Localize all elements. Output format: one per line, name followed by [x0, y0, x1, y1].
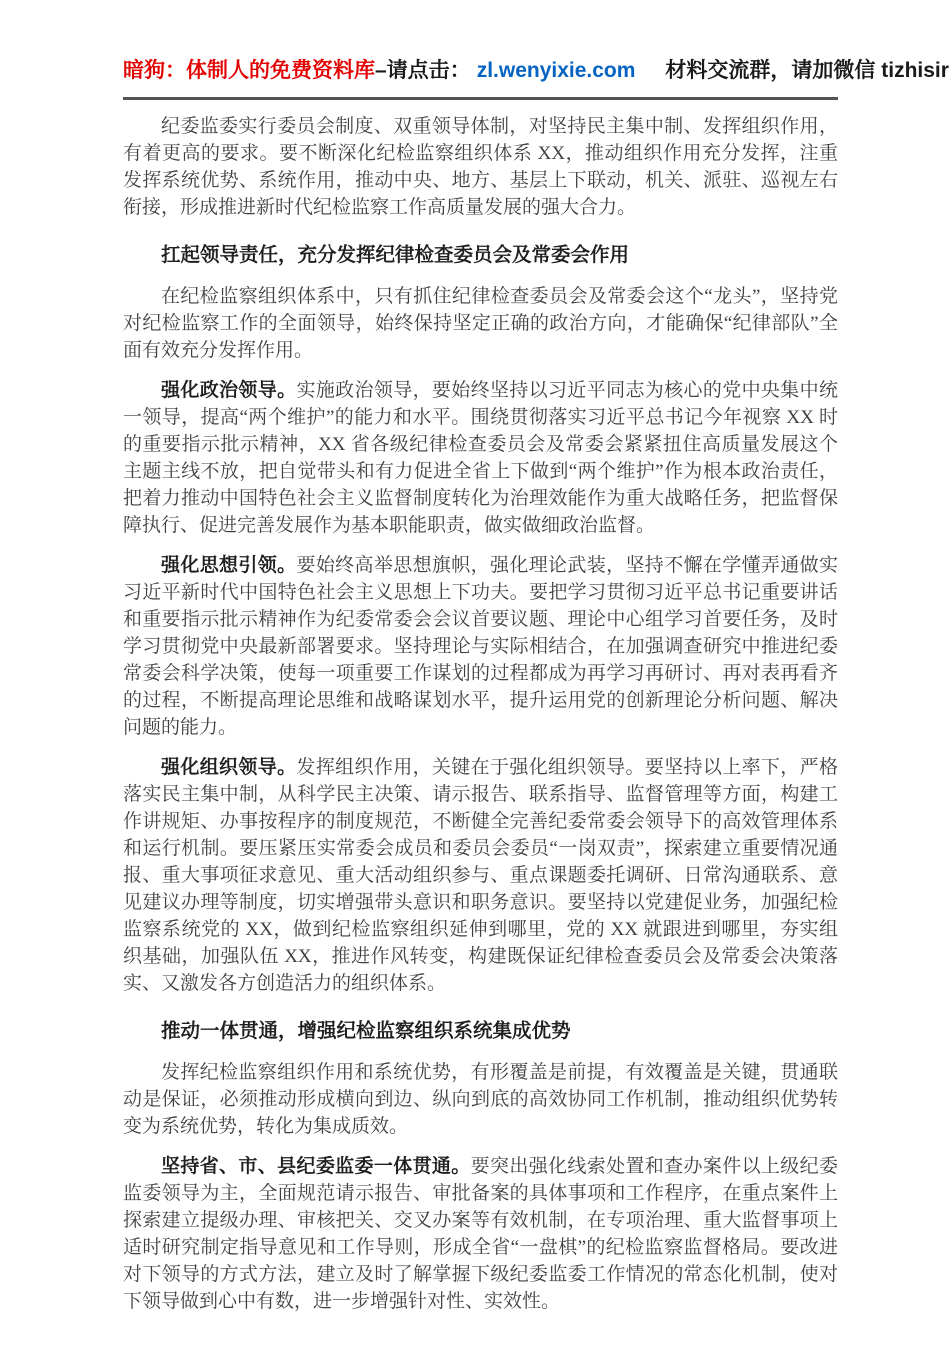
paragraph-lead: 强化思想引领。: [161, 555, 296, 576]
paragraph-text: 发挥组织作用，关键在于强化组织领导。要坚持以上率下，严格落实民主集中制，从科学民…: [123, 757, 838, 994]
section-heading-integration: 推动一体贯通，增强纪检监察组织系统集成优势: [123, 1018, 838, 1045]
document-page: 暗狗：体制人的免费资料库–请点击：zl.wenyixie.com材料交流群，请加…: [0, 0, 950, 1368]
brand-text: 暗狗：体制人的免费资料库: [123, 59, 375, 82]
paragraph-text: 要突出强化线索处置和查办案件以上级纪委监委领导为主，全面规范请示报告、审批备案的…: [123, 1156, 838, 1312]
paragraph-lead: 强化政治领导。: [161, 380, 296, 401]
paragraph-text: 实施政治领导，要始终坚持以习近平同志为核心的党中央集中统一领导，提高“两个维护”…: [123, 380, 838, 536]
paragraph-lead: 强化组织领导。: [161, 757, 296, 778]
paragraph-text: 发挥纪检监察组织作用和系统优势，有形覆盖是前提，有效覆盖是关键，贯通联动是保证，…: [123, 1062, 838, 1137]
paragraph-text: 要始终高举思想旗帜，强化理论武装，坚持不懈在学懂弄通做实习近平新时代中国特色社会…: [123, 555, 838, 738]
page-header: 暗狗：体制人的免费资料库–请点击：zl.wenyixie.com材料交流群，请加…: [123, 58, 838, 100]
paragraph-lead: 坚持省、市、县纪委监委一体贯通。: [161, 1156, 471, 1177]
paragraph-organizational-leadership: 强化组织领导。发挥组织作用，关键在于强化组织领导。要坚持以上率下，严格落实民主集…: [123, 754, 838, 997]
paragraph-section2-intro: 发挥纪检监察组织作用和系统优势，有形覆盖是前提，有效覆盖是关键，贯通联动是保证，…: [123, 1059, 838, 1140]
document-body: 纪委监委实行委员会制度、双重领导体制，对坚持民主集中制、发挥组织作用，有着更高的…: [123, 113, 838, 1315]
paragraph-ideological-guidance: 强化思想引领。要始终高举思想旗帜，强化理论武装，坚持不懈在学懂弄通做实习近平新时…: [123, 552, 838, 741]
paragraph-section1-intro: 在纪检监察组织体系中，只有抓住纪律检查委员会及常委会这个“龙头”，坚持党对纪检监…: [123, 283, 838, 364]
click-prompt-text: –请点击：: [375, 59, 471, 82]
wechat-contact-text: 材料交流群，请加微信 tizhisiri: [665, 59, 950, 82]
paragraph-intro: 纪委监委实行委员会制度、双重领导体制，对坚持民主集中制、发挥组织作用，有着更高的…: [123, 113, 838, 221]
paragraph-text: 在纪检监察组织体系中，只有抓住纪律检查委员会及常委会这个“龙头”，坚持党对纪检监…: [123, 286, 838, 361]
paragraph-political-leadership: 强化政治领导。实施政治领导，要始终坚持以习近平同志为核心的党中央集中统一领导，提…: [123, 377, 838, 539]
resource-site-link[interactable]: zl.wenyixie.com: [477, 59, 636, 82]
paragraph-province-city-county: 坚持省、市、县纪委监委一体贯通。要突出强化线索处置和查办案件以上级纪委监委领导为…: [123, 1153, 838, 1315]
paragraph-text: 纪委监委实行委员会制度、双重领导体制，对坚持民主集中制、发挥组织作用，有着更高的…: [123, 116, 838, 218]
section-heading-leadership: 扛起领导责任，充分发挥纪律检查委员会及常委会作用: [123, 242, 838, 269]
